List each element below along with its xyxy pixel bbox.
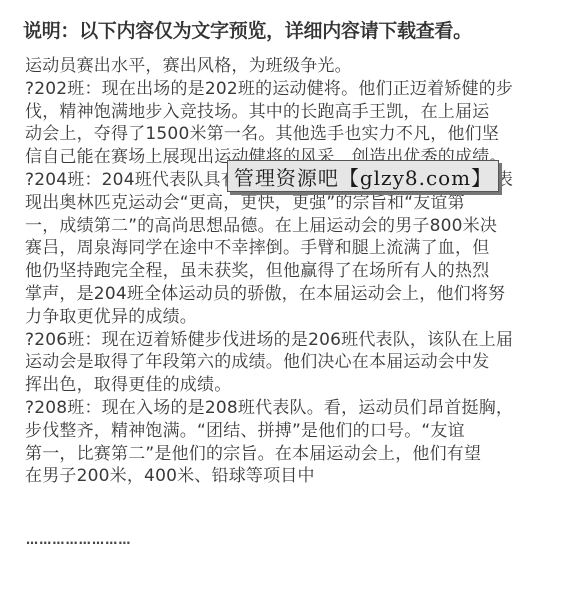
text-line: 掌声，是204班全体运动员的骄傲，在本届运动会上，他们将努: [25, 283, 550, 306]
text-line: 在男子200米，400米、铅球等项目中: [25, 465, 550, 488]
text-line: 他仍坚持跑完全程，虽未获奖，但他赢得了在场所有人的热烈: [25, 260, 550, 283]
text-line: 一，成绩第二”的高尚思想品德。在上届运动会的男子800米决: [25, 215, 550, 238]
preview-notice: 说明：以下内容仅为文字预览，详细内容请下载查看。: [23, 18, 472, 44]
text-line: 赛吕，周泉海同学在途中不幸摔倒。手臂和腿上流满了血，但: [25, 237, 550, 260]
text-line: 步伐整齐，精神饱满。“团结、拼搏”是他们的口号。“友谊: [25, 420, 550, 443]
text-line: 运动员赛出水平，赛出风格，为班级争光。: [25, 55, 550, 78]
text-line: ?206班：现在迈着矫健步伐进场的是206班代表队，该队在上届: [25, 329, 550, 352]
text-line: 动会上，夺得了1500米第一名。其他选手也实力不凡，他们坚: [25, 123, 550, 146]
document-body: 运动员赛出水平，赛出风格，为班级争光。 ?202班：现在出场的是202班的运动健…: [25, 55, 550, 488]
text-line: ?202班：现在出场的是202班的运动健将。他们正迈着矫健的步: [25, 78, 550, 101]
text-line: 力争取更优异的成绩。: [25, 306, 550, 329]
text-line: 伐，精神饱满地步入竞技场。其中的长跑高手王凯，在上届运: [25, 101, 550, 124]
truncation-ellipsis: ……………………: [26, 533, 132, 547]
text-line: 挥出色，取得更佳的成绩。: [25, 374, 550, 397]
text-line: 运动会是取得了年段第六的成绩。他们决心在本届运动会中发: [25, 351, 550, 374]
text-line: ?208班：现在入场的是208班代表队。看，运动员们昂首挺胸，: [25, 397, 550, 420]
text-line: 现出奥林匹克运动会“更高，更快，更强”的宗旨和“友谊第: [25, 192, 550, 215]
watermark-banner: 管理资源吧【glzy8.com】: [227, 160, 499, 192]
text-line: 第一，比赛第二”是他们的宗旨。在本届运动会上，他们有望: [25, 443, 550, 466]
